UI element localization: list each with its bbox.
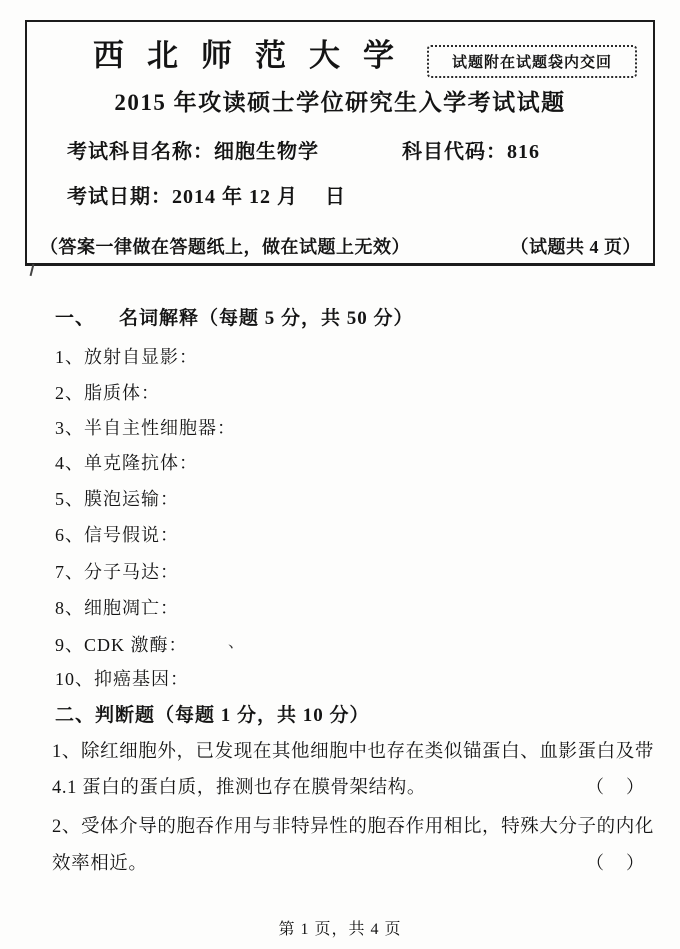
section1-heading: 一、名词解释（每题 5 分，共 50 分） (55, 303, 414, 330)
term-item-1: 1、放射自显影： (55, 343, 198, 369)
return-notice-box: 试题附在试题袋内交回 (427, 45, 637, 78)
university-name: 西北师范大学 (93, 30, 417, 75)
term-item-9: 9、CDK 激酶： (55, 631, 188, 657)
subject-row: 考试科目名称：细胞生物学 科目代码：816 (67, 135, 641, 164)
tf-item-2-answer-brackets: （ ） (586, 849, 646, 875)
section1-number: 一、 (55, 308, 95, 329)
term-item-6: 6、信号假说： (55, 521, 179, 547)
term-item-4: 4、单克隆抗体： (55, 449, 198, 475)
answer-notice: （答案一律做在答题纸上，做在试题上无效） (40, 233, 410, 259)
term-item-8: 8、细胞凋亡： (55, 594, 179, 620)
return-notice-text: 试题附在试题袋内交回 (452, 51, 612, 72)
notice-row: （答案一律做在答题纸上，做在试题上无效） （试题共 4 页） (40, 233, 641, 259)
tf-item-1-line-2: 4.1 蛋白的蛋白质，推测也存在膜骨架结构。 (52, 773, 426, 799)
section2-heading: 二、判断题（每题 1 分，共 10 分） (55, 700, 370, 727)
subject-label: 考试科目名称： (67, 141, 214, 163)
subject-code-pair: 科目代码：816 (402, 135, 540, 164)
term-item-10: 10、抑癌基因： (55, 665, 189, 691)
term-item-5: 5、膜泡运输： (55, 485, 179, 511)
exam-title: 2015 年攻读硕士学位研究生入学考试试题 (27, 84, 653, 117)
page-number-footer: 第 1 页，共 4 页 (0, 916, 680, 939)
header-box: 西北师范大学 试题附在试题袋内交回 2015 年攻读硕士学位研究生入学考试试题 … (25, 20, 655, 266)
exam-date-row: 考试日期：2014 年 12 月 日 (67, 180, 641, 209)
tf-item-1-answer-brackets: （ ） (586, 773, 646, 799)
section1-title: 名词解释（每题 5 分，共 50 分） (119, 308, 414, 329)
code-label: 科目代码： (402, 141, 507, 163)
term-item-7: 7、分子马达： (55, 558, 179, 584)
scan-stray-mark: 、 (228, 629, 244, 652)
subject-value: 细胞生物学 (214, 141, 319, 163)
page-count-notice: （试题共 4 页） (511, 233, 642, 259)
tf-item-1-line-1: 1、除红细胞外，已发现在其他细胞中也存在类似锚蛋白、血影蛋白及带 (52, 737, 654, 763)
term-item-3: 3、半自主性细胞器： (55, 414, 236, 440)
exam-paper-page: 西北师范大学 试题附在试题袋内交回 2015 年攻读硕士学位研究生入学考试试题 … (0, 0, 680, 949)
scan-artifact-mark (30, 264, 35, 276)
code-value: 816 (507, 141, 540, 163)
tf-item-2-line-2: 效率相近。 (52, 849, 148, 875)
term-item-2: 2、脂质体： (55, 379, 160, 405)
tf-item-2-line-1: 2、受体介导的胞吞作用与非特异性的胞吞作用相比，特殊大分子的内化 (52, 812, 654, 838)
